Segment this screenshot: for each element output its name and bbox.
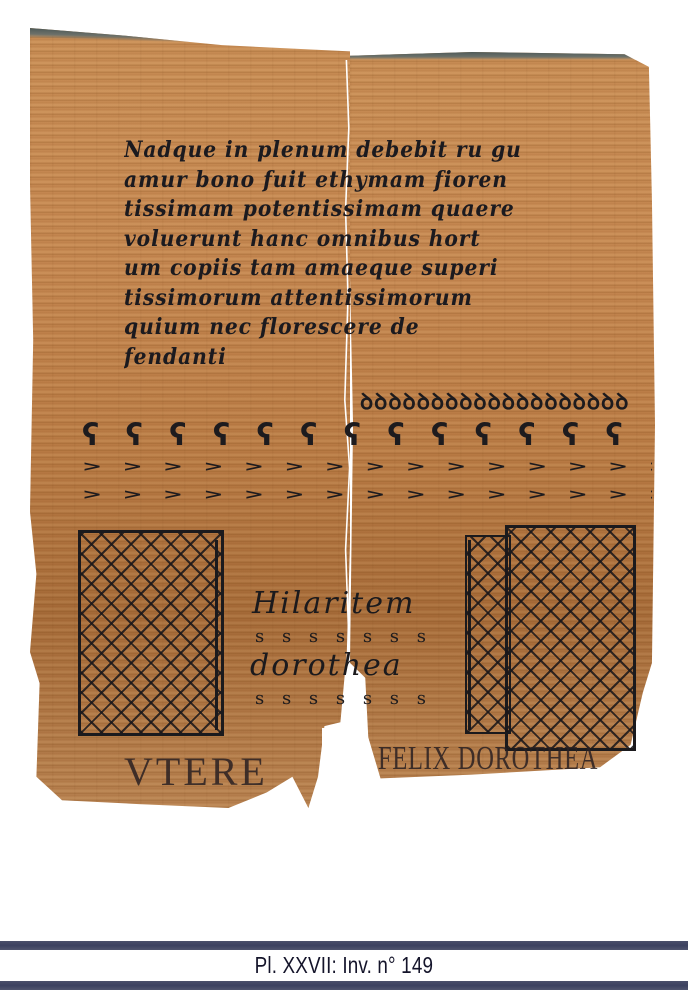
document-plate: Nadque in plenum debebit ru gu amur bono… xyxy=(0,0,688,1000)
caption-band-bottom xyxy=(0,981,688,990)
text-line-7: quium nec florescere de xyxy=(124,313,593,343)
bottom-word-right: FELIX DOROTHEA xyxy=(378,740,598,778)
plate-caption: Pl. XXVII: Inv. n° 149 xyxy=(0,950,688,981)
decorative-row-chevrons-2: > > > > > > > > > > > > > > > xyxy=(82,486,652,503)
papyrus-lacuna xyxy=(322,728,360,818)
plate-caption-text: Pl. XXVII: Inv. n° 149 xyxy=(255,950,434,981)
lattice-panel-right xyxy=(505,525,636,751)
text-line-3: tissimam potentissimam quaere xyxy=(124,195,593,225)
middle-word-2: dorothea xyxy=(250,648,403,683)
text-line-8: fendanti xyxy=(124,343,593,373)
text-line-6: tissimorum attentissimorum xyxy=(124,284,593,314)
cursive-text-block: Nadque in plenum debebit ru gu amur bono… xyxy=(124,136,634,372)
bottom-word-left: VTERE xyxy=(124,748,268,795)
text-line-5: um copiis tam amaeque superi xyxy=(124,254,593,284)
decorative-row-chevrons-1: > > > > > > > > > > > > > > > xyxy=(82,458,652,475)
squiggle-row-1: s s s s s s s xyxy=(255,626,432,647)
caption-band-top xyxy=(0,941,688,950)
text-line-1: Nadque in plenum debebit ru gu xyxy=(124,136,593,166)
text-line-4: voluerunt hanc omnibus hort xyxy=(124,225,593,255)
middle-word-1: Hilaritem xyxy=(252,586,415,621)
text-line-2: amur bono fuit ethymam fioren xyxy=(124,166,593,196)
decorative-row-hooks: ʕ ʕ ʕ ʕ ʕ ʕ ʕ ʕ ʕ ʕ ʕ ʕ ʕ xyxy=(82,418,652,453)
lattice-column xyxy=(465,535,511,734)
decorative-row-loops: ꝺꝺꝺꝺꝺꝺꝺꝺꝺꝺꝺꝺꝺꝺꝺꝺꝺꝺꝺ xyxy=(360,386,650,416)
squiggle-row-2: s s s s s s s xyxy=(255,688,432,709)
lattice-panel-left xyxy=(78,530,224,736)
